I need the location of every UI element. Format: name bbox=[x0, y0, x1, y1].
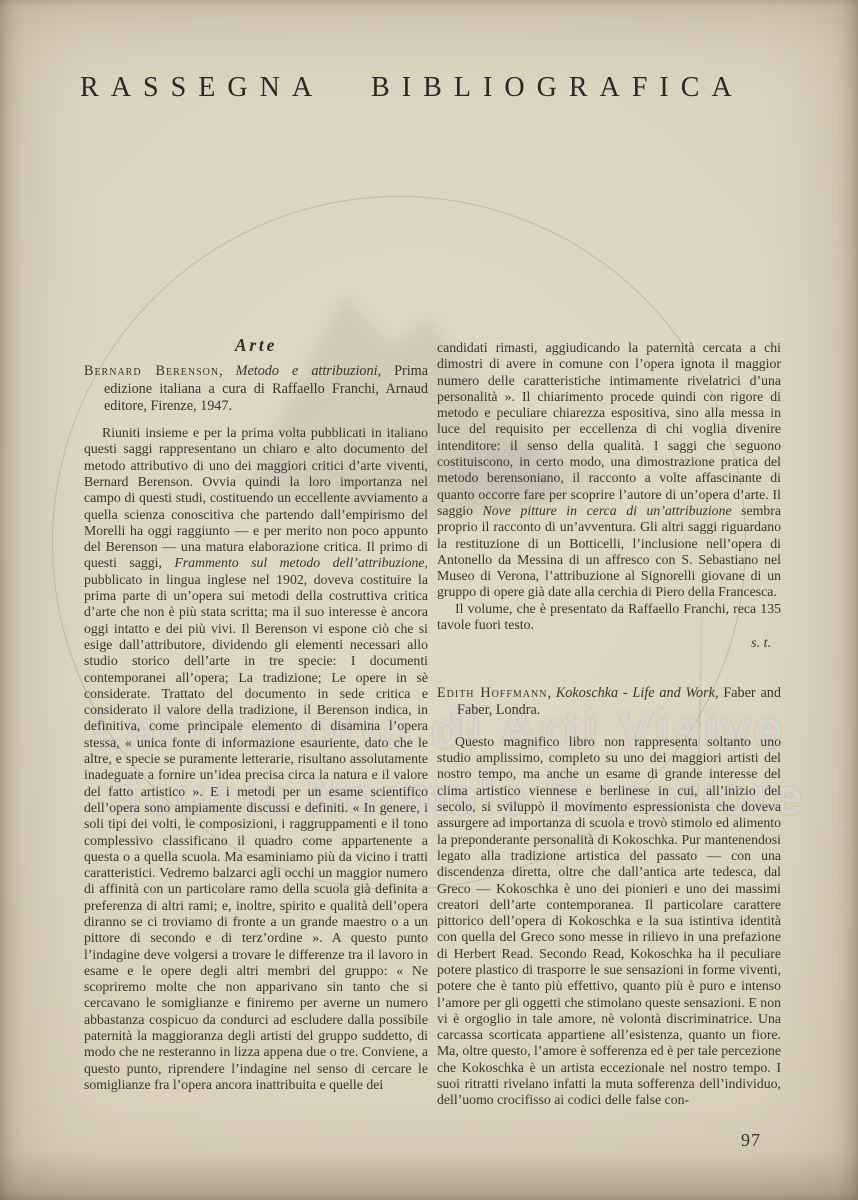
bibliography-entry-berenson: Bernard Berenson, Metodo e attribuzioni,… bbox=[84, 363, 428, 416]
volume-note-paragraph: Il volume, che è presentato da Raffaello… bbox=[437, 601, 781, 634]
page-number: 97 bbox=[741, 1130, 761, 1151]
review-paragraph-continuation: candidati rimasti, aggiudicando la pater… bbox=[437, 340, 781, 601]
right-column: candidati rimasti, aggiudicando la pater… bbox=[437, 340, 781, 1109]
page-title: RASSEGNA BIBLIOGRAFICA bbox=[80, 72, 782, 104]
left-column: Arte Bernard Berenson, Metodo e attribuz… bbox=[84, 337, 428, 1093]
bibliography-entry-hoffmann: Edith Hoffmann, Kokoschka - Life and Wor… bbox=[437, 685, 781, 720]
scanned-book-page: Laboratorio di Arti Visive Scuola Normal… bbox=[0, 0, 858, 1200]
section-heading: Arte bbox=[84, 337, 428, 353]
reviewer-initials: s. t. bbox=[437, 636, 781, 652]
review-paragraph: Questo magnifico libro non rappresenta s… bbox=[437, 734, 781, 1109]
review-paragraph: Riuniti insieme e per la prima volta pub… bbox=[84, 425, 428, 1093]
